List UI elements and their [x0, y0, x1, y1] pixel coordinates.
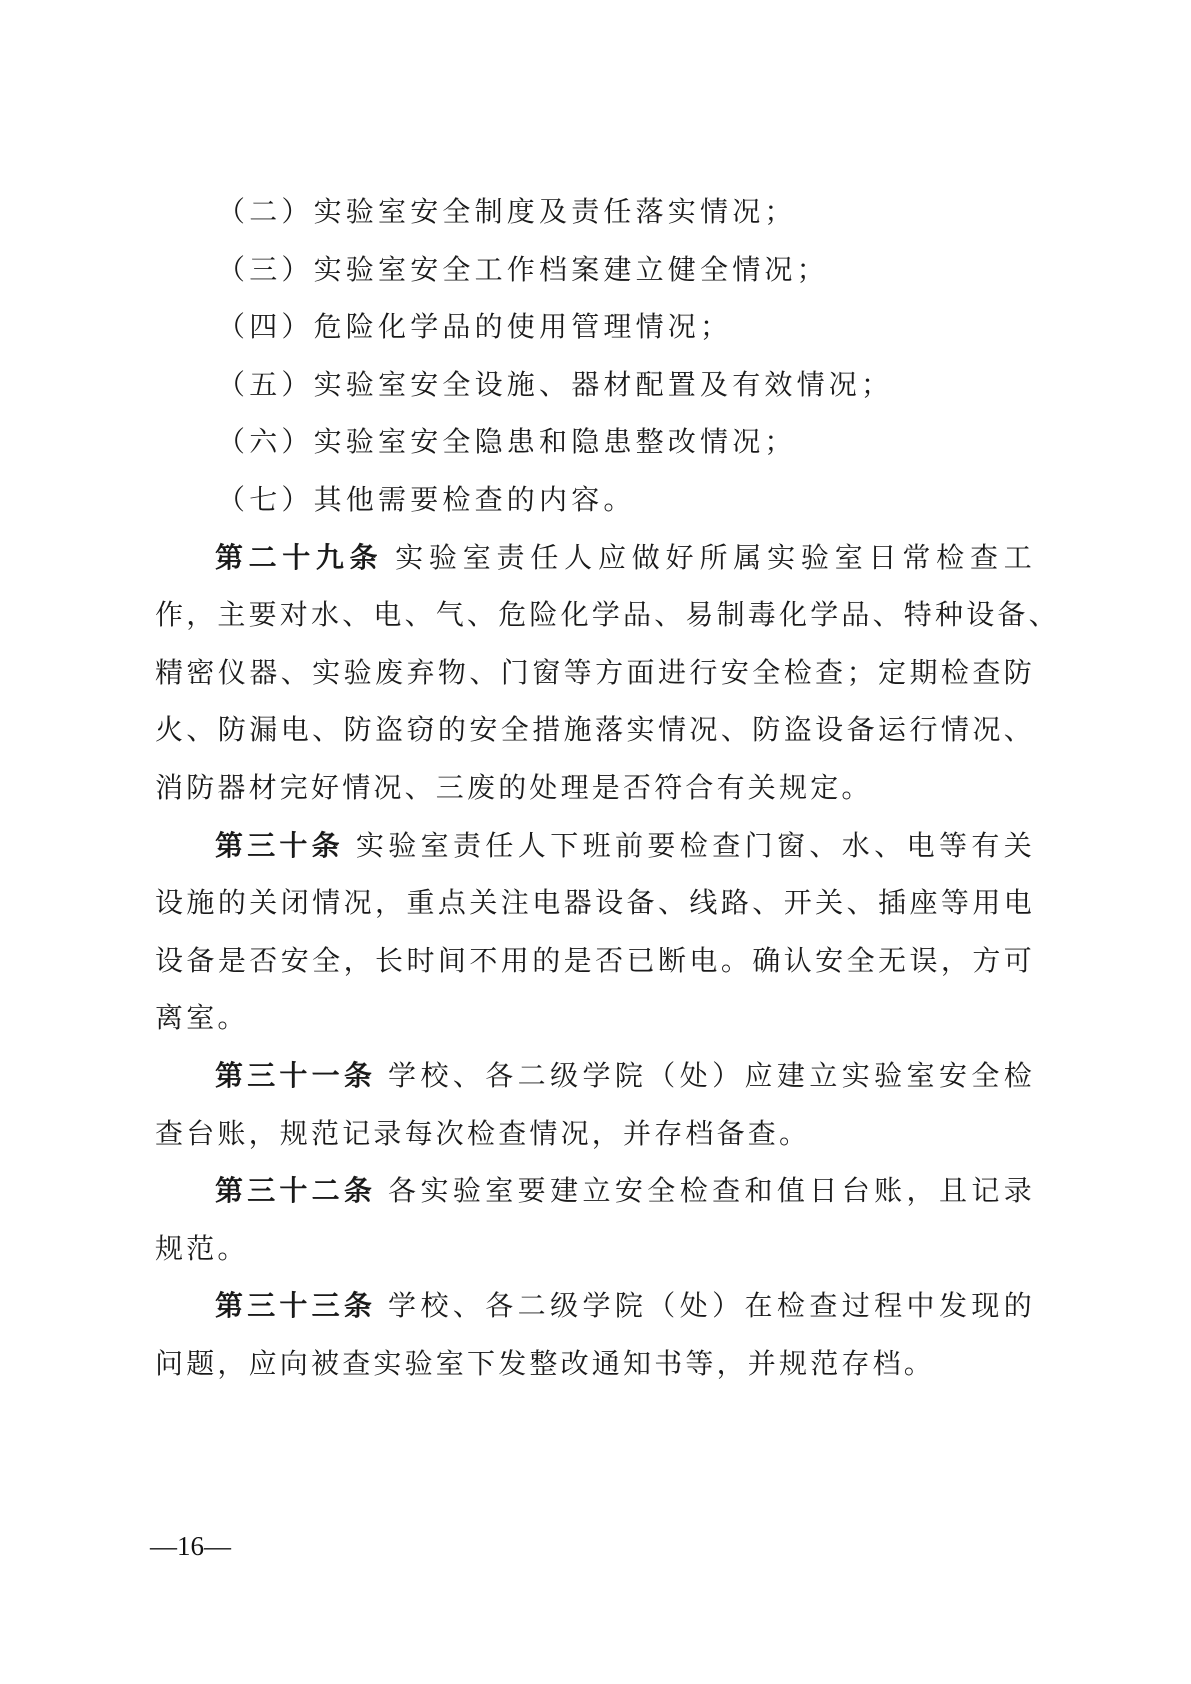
- article-text: 学校、各二级学院（处）在检查过程中发现的: [388, 1289, 1035, 1322]
- list-item: （二）实验室安全制度及责任落实情况；: [155, 183, 1035, 241]
- page-number: —16—: [150, 1531, 231, 1561]
- document-body: （二）实验室安全制度及责任落实情况； （三）实验室安全工作档案建立健全情况； （…: [155, 183, 1035, 1392]
- article-first-line: 第三十二条各实验室要建立安全检查和值日台账，且记录: [155, 1162, 1035, 1220]
- article-line: 作，主要对水、电、气、危险化学品、易制毒化学品、特种设备、: [155, 586, 1035, 644]
- document-page: （二）实验室安全制度及责任落实情况； （三）实验室安全工作档案建立健全情况； （…: [0, 0, 1191, 1684]
- article-number: 第三十条: [215, 829, 344, 862]
- article-32: 第三十二条各实验室要建立安全检查和值日台账，且记录 规范。: [155, 1162, 1035, 1277]
- list-item: （三）实验室安全工作档案建立健全情况；: [155, 241, 1035, 299]
- article-line: 消防器材完好情况、三废的处理是否符合有关规定。: [155, 759, 1035, 817]
- article-line: 问题，应向被查实验室下发整改通知书等，并规范存档。: [155, 1335, 1035, 1393]
- article-line: 设备是否安全，长时间不用的是否已断电。确认安全无误，方可: [155, 932, 1035, 990]
- article-line: 规范。: [155, 1220, 1035, 1278]
- article-29: 第二十九条实验室责任人应做好所属实验室日常检查工 作，主要对水、电、气、危险化学…: [155, 529, 1035, 817]
- article-number: 第三十二条: [215, 1174, 376, 1207]
- article-number: 第三十一条: [215, 1059, 376, 1092]
- article-line: 查台账，规范记录每次检查情况，并存档备查。: [155, 1105, 1035, 1163]
- article-line: 离室。: [155, 989, 1035, 1047]
- article-line: 精密仪器、实验废弃物、门窗等方面进行安全检查；定期检查防: [155, 644, 1035, 702]
- article-line: 设施的关闭情况，重点关注电器设备、线路、开关、插座等用电: [155, 874, 1035, 932]
- article-text: 学校、各二级学院（处）应建立实验室安全检: [388, 1059, 1035, 1092]
- list-item: （七）其他需要检查的内容。: [155, 471, 1035, 529]
- list-item: （四）危险化学品的使用管理情况；: [155, 298, 1035, 356]
- article-number: 第二十九条: [215, 541, 383, 574]
- article-first-line: 第二十九条实验室责任人应做好所属实验室日常检查工: [155, 529, 1035, 587]
- article-33: 第三十三条学校、各二级学院（处）在检查过程中发现的 问题，应向被查实验室下发整改…: [155, 1277, 1035, 1392]
- article-31: 第三十一条学校、各二级学院（处）应建立实验室安全检 查台账，规范记录每次检查情况…: [155, 1047, 1035, 1162]
- article-text: 实验室责任人下班前要检查门窗、水、电等有关: [356, 829, 1035, 862]
- article-text: 各实验室要建立安全检查和值日台账，且记录: [388, 1174, 1035, 1207]
- article-first-line: 第三十一条学校、各二级学院（处）应建立实验室安全检: [155, 1047, 1035, 1105]
- article-first-line: 第三十条实验室责任人下班前要检查门窗、水、电等有关: [155, 817, 1035, 875]
- article-line: 火、防漏电、防盗窃的安全措施落实情况、防盗设备运行情况、: [155, 701, 1035, 759]
- article-first-line: 第三十三条学校、各二级学院（处）在检查过程中发现的: [155, 1277, 1035, 1335]
- article-number: 第三十三条: [215, 1289, 376, 1322]
- list-item: （六）实验室安全隐患和隐患整改情况；: [155, 413, 1035, 471]
- article-text: 实验室责任人应做好所属实验室日常检查工: [395, 541, 1035, 574]
- list-item: （五）实验室安全设施、器材配置及有效情况；: [155, 356, 1035, 414]
- article-30: 第三十条实验室责任人下班前要检查门窗、水、电等有关 设施的关闭情况，重点关注电器…: [155, 817, 1035, 1047]
